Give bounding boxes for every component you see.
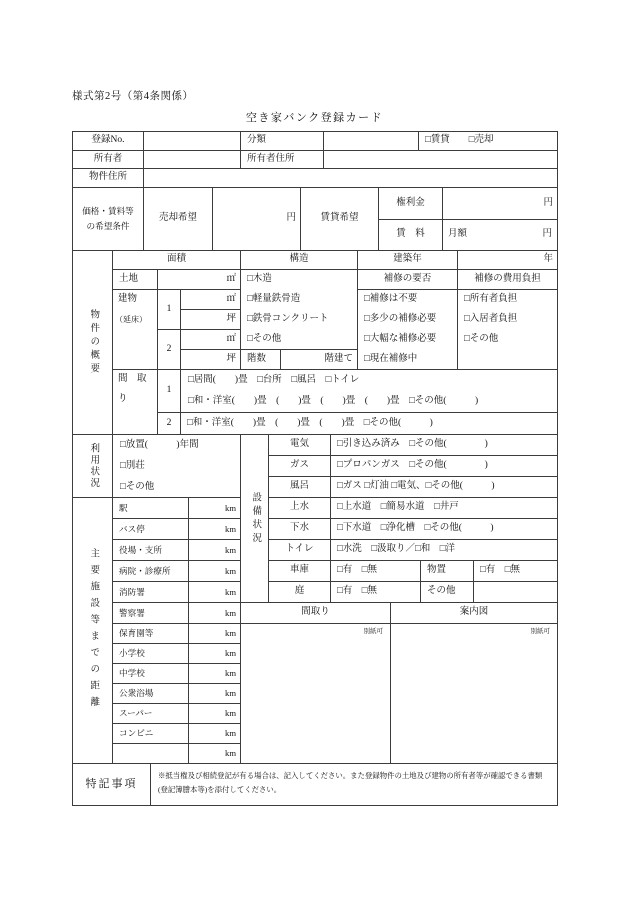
madori-label-line2: り: [113, 390, 157, 410]
facility-busstop-km: km: [189, 519, 241, 540]
facility-convenience-label: コンビニ: [113, 724, 189, 744]
structure-option-other: □その他: [241, 330, 357, 350]
built-year-unit: 年: [458, 251, 558, 270]
overview-sidebar: 物件の概要: [73, 251, 113, 435]
madori-2-content: □和・洋室( )畳 ( )畳 ( )畳 □その他( ): [181, 413, 558, 435]
land-label: 土地: [113, 270, 158, 290]
distance-sidebar: 主要施設等までの距離: [73, 498, 113, 764]
facility-busstop-label: バス停: [113, 519, 189, 540]
equipment-gas-value: □プロパンガス □その他( ): [331, 456, 558, 477]
rent-wish-label: 賃貸希望: [301, 188, 379, 251]
storage-value: □有 □無: [474, 561, 558, 582]
usage-option-vacant: □放置( )年間: [113, 435, 240, 456]
structure-option-light-steel: □軽量鉄骨造: [241, 290, 357, 310]
building-2-m2: ㎡: [181, 330, 241, 350]
facility-elementary-km: km: [189, 644, 241, 664]
price-conditions-label-line2: の希望条件: [87, 219, 130, 234]
building-1-tsubo: 坪: [181, 310, 241, 330]
storage-label: 物置: [421, 561, 474, 582]
repair-option-major: □大幅な補修必要: [358, 330, 457, 350]
price-conditions-label-line1: 価格・賃料等: [82, 204, 134, 219]
garage-value: □有 □無: [331, 561, 421, 582]
repair-need-header: 補修の要否: [358, 270, 458, 290]
facility-hospital-km: km: [189, 561, 241, 582]
equipment-electric-label: 電気: [269, 435, 331, 456]
repair-option-in-progress: □現在補修中: [358, 350, 457, 370]
map-area: 別紙可: [391, 624, 558, 764]
equipment-sidebar: 設備状況: [241, 435, 269, 603]
equipment-water-label: 上水: [269, 498, 331, 519]
property-address-value: [144, 169, 558, 188]
rent-fee-unit: 円: [542, 229, 552, 240]
repair-option-minor: □多少の補修必要: [358, 310, 457, 330]
equipment-toilet-label: トイレ: [269, 540, 331, 561]
usage-option-other: □その他: [113, 477, 240, 498]
land-area-value: ㎡: [158, 270, 241, 290]
facility-elementary-label: 小学校: [113, 644, 189, 664]
madori-row-1: 1: [158, 370, 181, 413]
usage-option-villa: □別荘: [113, 456, 240, 477]
building-label-line1: 建物: [113, 290, 157, 310]
page-title: 空き家バンク登録カード: [72, 109, 557, 125]
rent-fee-label: 賃 料: [379, 220, 443, 251]
madori-row-2: 2: [158, 413, 181, 435]
key-money-value: 円: [443, 188, 558, 220]
facility-nursery-km: km: [189, 624, 241, 644]
remarks-note: ※抵当権及び相続登記が有る場合は、記入してください。また登録物件の土地及び建物の…: [151, 764, 558, 806]
repair-cost-header: 補修の費用負担: [458, 270, 558, 290]
floors-label: 階数: [241, 350, 281, 370]
garden-other-label: その他: [421, 582, 474, 603]
usage-options: □放置( )年間 □別荘 □その他: [113, 435, 241, 498]
equipment-toilet-value: □水洗 □汲取り／□和 □洋: [331, 540, 558, 561]
repair-option-none: □補修は不要: [358, 290, 457, 310]
structure-options: □木造 □軽量鉄骨造 □鉄骨コンクリート □その他: [241, 270, 358, 350]
equipment-electric-value: □引き込み済み □その他( ): [331, 435, 558, 456]
repair-options: □補修は不要 □多少の補修必要 □大幅な補修必要 □現在補修中: [358, 290, 458, 370]
building-2-tsubo: 坪: [181, 350, 241, 370]
map-attach-note: 別紙可: [531, 628, 551, 636]
facility-supermarket-km: km: [189, 704, 241, 724]
garage-label: 車庫: [269, 561, 331, 582]
key-money-label: 権利金: [379, 188, 443, 220]
floorplan-area: 別紙可: [241, 624, 391, 764]
facility-station-km: km: [189, 498, 241, 519]
facility-bathhouse-label: 公衆浴場: [113, 684, 189, 704]
built-year-header: 建築年: [358, 251, 458, 270]
equipment-sewage-value: □下水道 □浄化槽 □その他( ): [331, 519, 558, 540]
category-value: [324, 132, 419, 151]
facility-convenience-km: km: [189, 724, 241, 744]
facility-firestation-label: 消防署: [113, 582, 189, 603]
facility-blank-km: km: [189, 744, 241, 764]
remarks-note-line1: ※抵当権及び相続登記が有る場合は、記入してください。また登録物件の土地及び建物の…: [158, 769, 550, 783]
facility-police-km: km: [189, 603, 241, 624]
repair-cost-tenant: □入居者負担: [458, 310, 557, 330]
owner-address-label: 所有者住所: [241, 151, 324, 169]
price-conditions-label: 価格・賃料等 の希望条件: [73, 188, 144, 251]
property-address-label: 物件住所: [73, 169, 144, 188]
equipment-bath-label: 風呂: [269, 477, 331, 498]
owner-label: 所有者: [73, 151, 144, 169]
sale-wish-value: 円: [213, 188, 301, 251]
floors-unit: 階建て: [281, 350, 358, 370]
equipment-water-value: □上水道 □簡易水道 □井戸: [331, 498, 558, 519]
usage-sidebar: 利用状況: [73, 435, 113, 498]
repair-cost-other: □その他: [458, 330, 557, 350]
category-label: 分類: [241, 132, 324, 151]
madori-label-line1: 間 取: [113, 370, 157, 390]
map-header: 案内図: [391, 603, 558, 624]
remarks-note-line2: (登記簿謄本等)を添付してください。: [158, 783, 550, 797]
equipment-sewage-label: 下水: [269, 519, 331, 540]
form-number: 様式第2号（第4条関係）: [72, 88, 194, 103]
facility-bathhouse-km: km: [189, 684, 241, 704]
facility-nursery-label: 保育園等: [113, 624, 189, 644]
facility-townhall-km: km: [189, 540, 241, 561]
facility-townhall-label: 役場・支所: [113, 540, 189, 561]
facility-police-label: 警察署: [113, 603, 189, 624]
facility-supermarket-label: スーパー: [113, 704, 189, 724]
madori-1-content: □居間( )畳 □台所 □風呂 □トイレ □和・洋室( )畳 ( )畳 ( )畳…: [181, 370, 558, 413]
facility-hospital-label: 病院・診療所: [113, 561, 189, 582]
owner-address-value: [324, 151, 558, 169]
building-label-line2: （延床）: [113, 310, 157, 330]
structure-option-steel-concrete: □鉄骨コンクリート: [241, 310, 357, 330]
facility-blank-label: [113, 744, 189, 764]
facility-firestation-km: km: [189, 582, 241, 603]
facility-juniorhigh-km: km: [189, 664, 241, 684]
registration-form-table: 登録No. 分類 □賃貸 □売却 所有者 所有者住所 物件住所 価格・賃料等 の…: [72, 131, 558, 806]
reg-no-value: [144, 132, 241, 151]
floorplan-attach-note: 別紙可: [364, 628, 384, 636]
reg-no-label: 登録No.: [73, 132, 144, 151]
equipment-bath-value: □ガス □灯油 □電気、□その他( ): [331, 477, 558, 498]
madori-1-line1: □居間( )畳 □台所 □風呂 □トイレ: [181, 370, 557, 391]
owner-value: [144, 151, 241, 169]
rent-fee-monthly-label: 月額: [448, 229, 467, 240]
garden-value: □有 □無: [331, 582, 421, 603]
rent-fee-value: 月額 円: [443, 220, 558, 251]
sale-wish-label: 売却希望: [144, 188, 213, 251]
garden-other-value: [474, 582, 558, 603]
category-checkboxes: □賃貸 □売却: [419, 132, 558, 151]
structure-header: 構造: [241, 251, 358, 270]
structure-option-wood: □木造: [241, 270, 357, 290]
madori-label: 間 取 り: [113, 370, 158, 435]
area-header: 面積: [113, 251, 241, 270]
madori-1-line2: □和・洋室( )畳 ( )畳 ( )畳 ( )畳 □その他( ): [181, 391, 557, 412]
building-row-2: 2: [158, 330, 181, 370]
building-1-m2: ㎡: [181, 290, 241, 310]
building-label: 建物 （延床）: [113, 290, 158, 370]
facility-station-label: 駅: [113, 498, 189, 519]
equipment-gas-label: ガス: [269, 456, 331, 477]
repair-cost-owner: □所有者負担: [458, 290, 557, 310]
building-row-1: 1: [158, 290, 181, 330]
garden-label: 庭: [269, 582, 331, 603]
repair-cost-options: □所有者負担 □入居者負担 □その他: [458, 290, 558, 370]
floorplan-header: 間取り: [241, 603, 391, 624]
facility-juniorhigh-label: 中学校: [113, 664, 189, 684]
remarks-label: 特記事項: [73, 764, 151, 806]
